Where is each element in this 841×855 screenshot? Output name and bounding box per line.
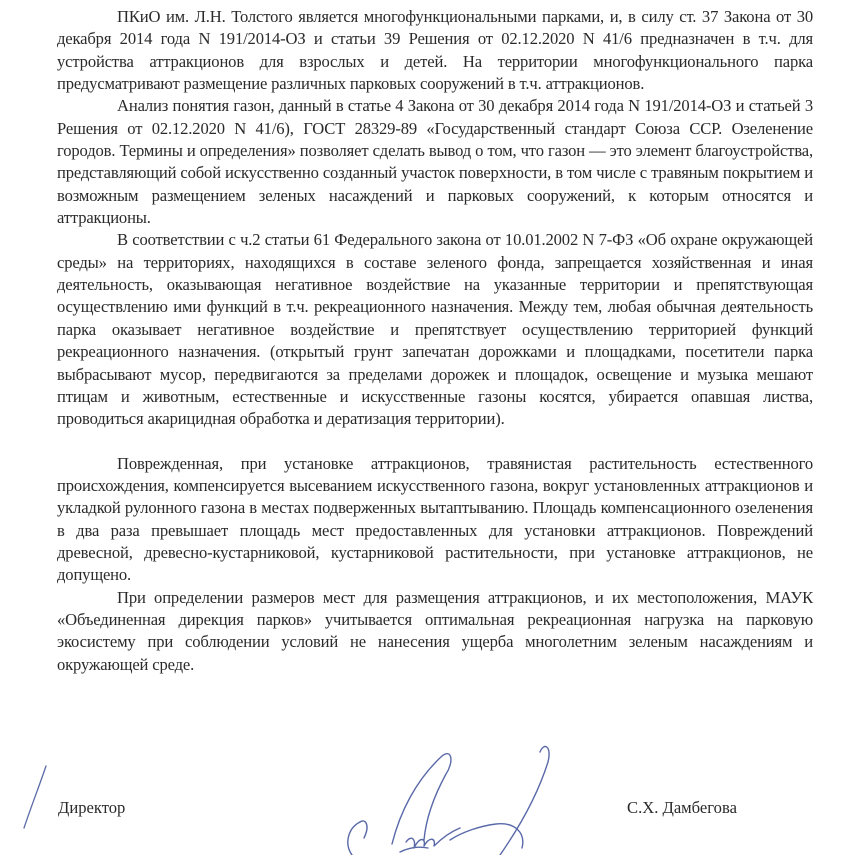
signature-block: Директор С.Х. Дамбегова xyxy=(0,740,841,855)
document-body: ПКиО им. Л.Н. Толстого является многофун… xyxy=(57,6,813,676)
paragraph-compensation: Поврежденная, при установке аттракционов… xyxy=(57,453,813,587)
paragraph-park-purpose: ПКиО им. Л.Н. Толстого является многофун… xyxy=(57,6,813,95)
signatory-title: Директор xyxy=(58,798,125,818)
pen-stroke-mark xyxy=(20,762,50,832)
paragraph-placement: При определении размеров мест для размещ… xyxy=(57,587,813,676)
paragraph-environmental-law: В соответствии с ч.2 статьи 61 Федеральн… xyxy=(57,229,813,430)
handwritten-signature xyxy=(330,740,570,855)
signatory-name: С.Х. Дамбегова xyxy=(627,798,737,818)
paragraph-lawn-definition: Анализ понятия газон, данный в статье 4 … xyxy=(57,95,813,229)
